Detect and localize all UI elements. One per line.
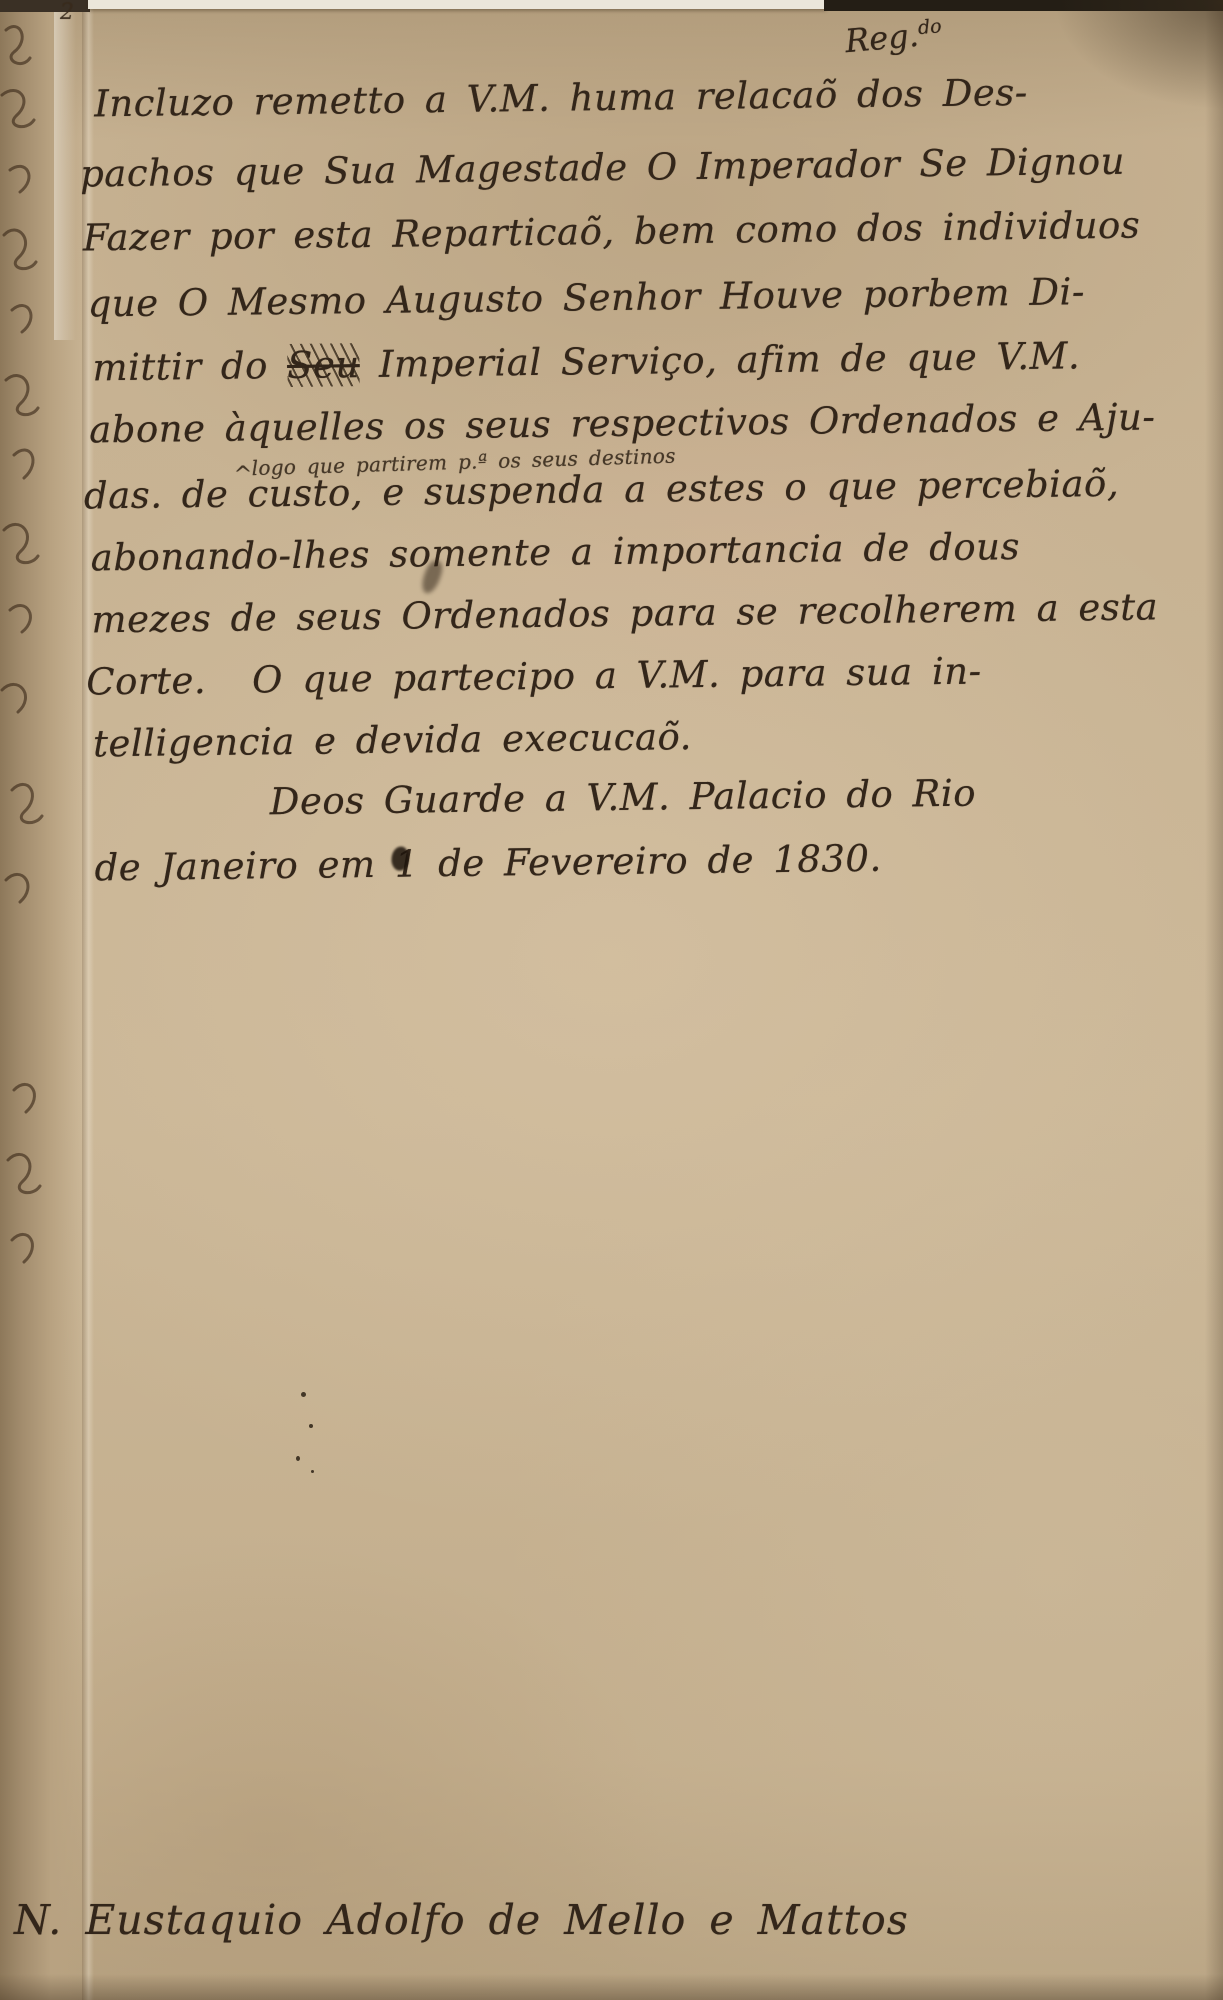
- ink-speck: [311, 1470, 314, 1473]
- manuscript-line: abonando-lhes somente a importancia de d…: [91, 525, 1021, 579]
- manuscript-page: 2 Reg.do Incluzo remetto a V.M. huma rel…: [0, 0, 1223, 2000]
- line-text: O que partecipo a V.M. para sua in-: [252, 650, 982, 702]
- blotted-day: 1: [395, 842, 420, 885]
- ink-speck: [296, 1456, 300, 1461]
- manuscript-line: abone àquelles os seus respectivos Orden…: [89, 395, 1156, 451]
- addressee-signature-line: N. Eustaquio Adolfo de Mello e Mattos: [14, 1896, 909, 1944]
- ink-speck: [309, 1424, 313, 1428]
- ink-speck: [301, 1392, 306, 1397]
- manuscript-line: que O Mesmo Augusto Senhor Houve porbem …: [87, 270, 1085, 325]
- manuscript-line: Deos Guarde a V.M. Palacio do Rio: [270, 772, 977, 824]
- manuscript-line: mittir do Seu Imperial Serviço, afim de …: [92, 334, 1080, 389]
- line-text: de Fevereiro de 1830.: [419, 837, 882, 886]
- manuscript-line: Incluzo remetto a V.M. huma relacaõ dos …: [94, 71, 1028, 125]
- line-text: mittir do: [92, 344, 287, 389]
- manuscript-line: Fazer por esta Reparticaõ, bem como dos …: [83, 204, 1141, 260]
- line-text: de Janeiro em: [94, 843, 395, 890]
- manuscript-line: de Janeiro em 1 de Fevereiro de 1830.: [94, 837, 882, 890]
- struck-word: Seu: [287, 343, 360, 387]
- manuscript-line: Corte.O que partecipo a V.M. para sua in…: [86, 650, 982, 704]
- line-text: Imperial Serviço, afim de que V.M.: [359, 334, 1080, 386]
- manuscript-line: telligencia e devida execucaõ.: [93, 715, 692, 765]
- manuscript-line: pachos que Sua Magestade O Imperador Se …: [80, 140, 1125, 196]
- line-text: Corte.: [86, 659, 206, 703]
- letter-body: Incluzo remetto a V.M. huma relacaõ dos …: [0, 0, 1223, 2000]
- manuscript-line: mezes de seus Ordenados para se recolher…: [91, 585, 1158, 641]
